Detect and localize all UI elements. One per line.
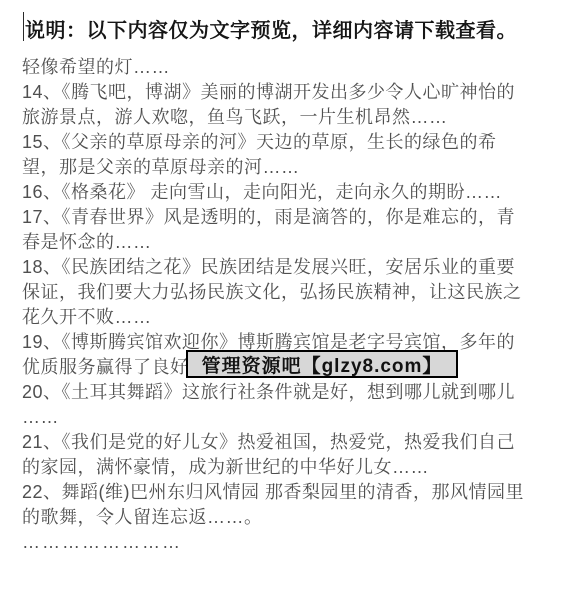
text-line: …… — [22, 405, 562, 430]
text-line: 春是怀念的…… — [22, 230, 562, 255]
text-line: 22、舞蹈(维)巴州东归风情园 那香梨园里的清香，那风情园里 — [22, 480, 562, 505]
text-line: 望，那是父亲的草原母亲的河…… — [22, 155, 562, 180]
text-line: 保证，我们要大力弘扬民族文化，弘扬民族精神，让这民族之 — [22, 280, 562, 305]
text-line: 21、《我们是党的好儿女》热爱祖国，热爱党，热爱我们自己 — [22, 430, 562, 455]
document-preview-page: 说明：以下内容仅为文字预览，详细内容请下载查看。 轻像希望的灯…… 14、《腾飞… — [0, 0, 578, 600]
text-line: 16、《格桑花》 走向雪山，走向阳光，走向永久的期盼…… — [22, 180, 562, 205]
watermark-badge: 管理资源吧【glzy8.com】 — [186, 350, 458, 378]
text-line: 14、《腾飞吧，博湖》美丽的博湖开发出多少令人心旷神怡的 — [22, 80, 562, 105]
text-line: 的家园，满怀豪情，成为新世纪的中华好儿女…… — [22, 455, 562, 480]
text-line: 18、《民族团结之花》民族团结是发展兴旺，安居乐业的重要 — [22, 255, 562, 280]
text-line: 花久开不败…… — [22, 305, 562, 330]
document-text-body: 轻像希望的灯…… 14、《腾飞吧，博湖》美丽的博湖开发出多少令人心旷神怡的 旅游… — [22, 55, 562, 555]
text-line: 17、《青春世界》风是透明的，雨是滴答的，你是难忘的，青 — [22, 205, 562, 230]
text-cursor — [23, 12, 24, 41]
text-line: 15、《父亲的草原母亲的河》天边的草原，生长的绿色的希 — [22, 130, 562, 155]
text-line: 的歌舞，令人留连忘返……。 — [22, 505, 562, 530]
preview-notice-heading: 说明：以下内容仅为文字预览，详细内容请下载查看。 — [25, 14, 517, 43]
text-line: 20、《土耳其舞蹈》这旅行社条件就是好，想到哪儿就到哪儿 — [22, 380, 562, 405]
text-line: 轻像希望的灯…… — [22, 55, 562, 80]
text-line: 旅游景点，游人欢唿，鱼鸟飞跃，一片生机昂然…… — [22, 105, 562, 130]
text-line-dotted-separator: …………………… — [22, 530, 562, 555]
